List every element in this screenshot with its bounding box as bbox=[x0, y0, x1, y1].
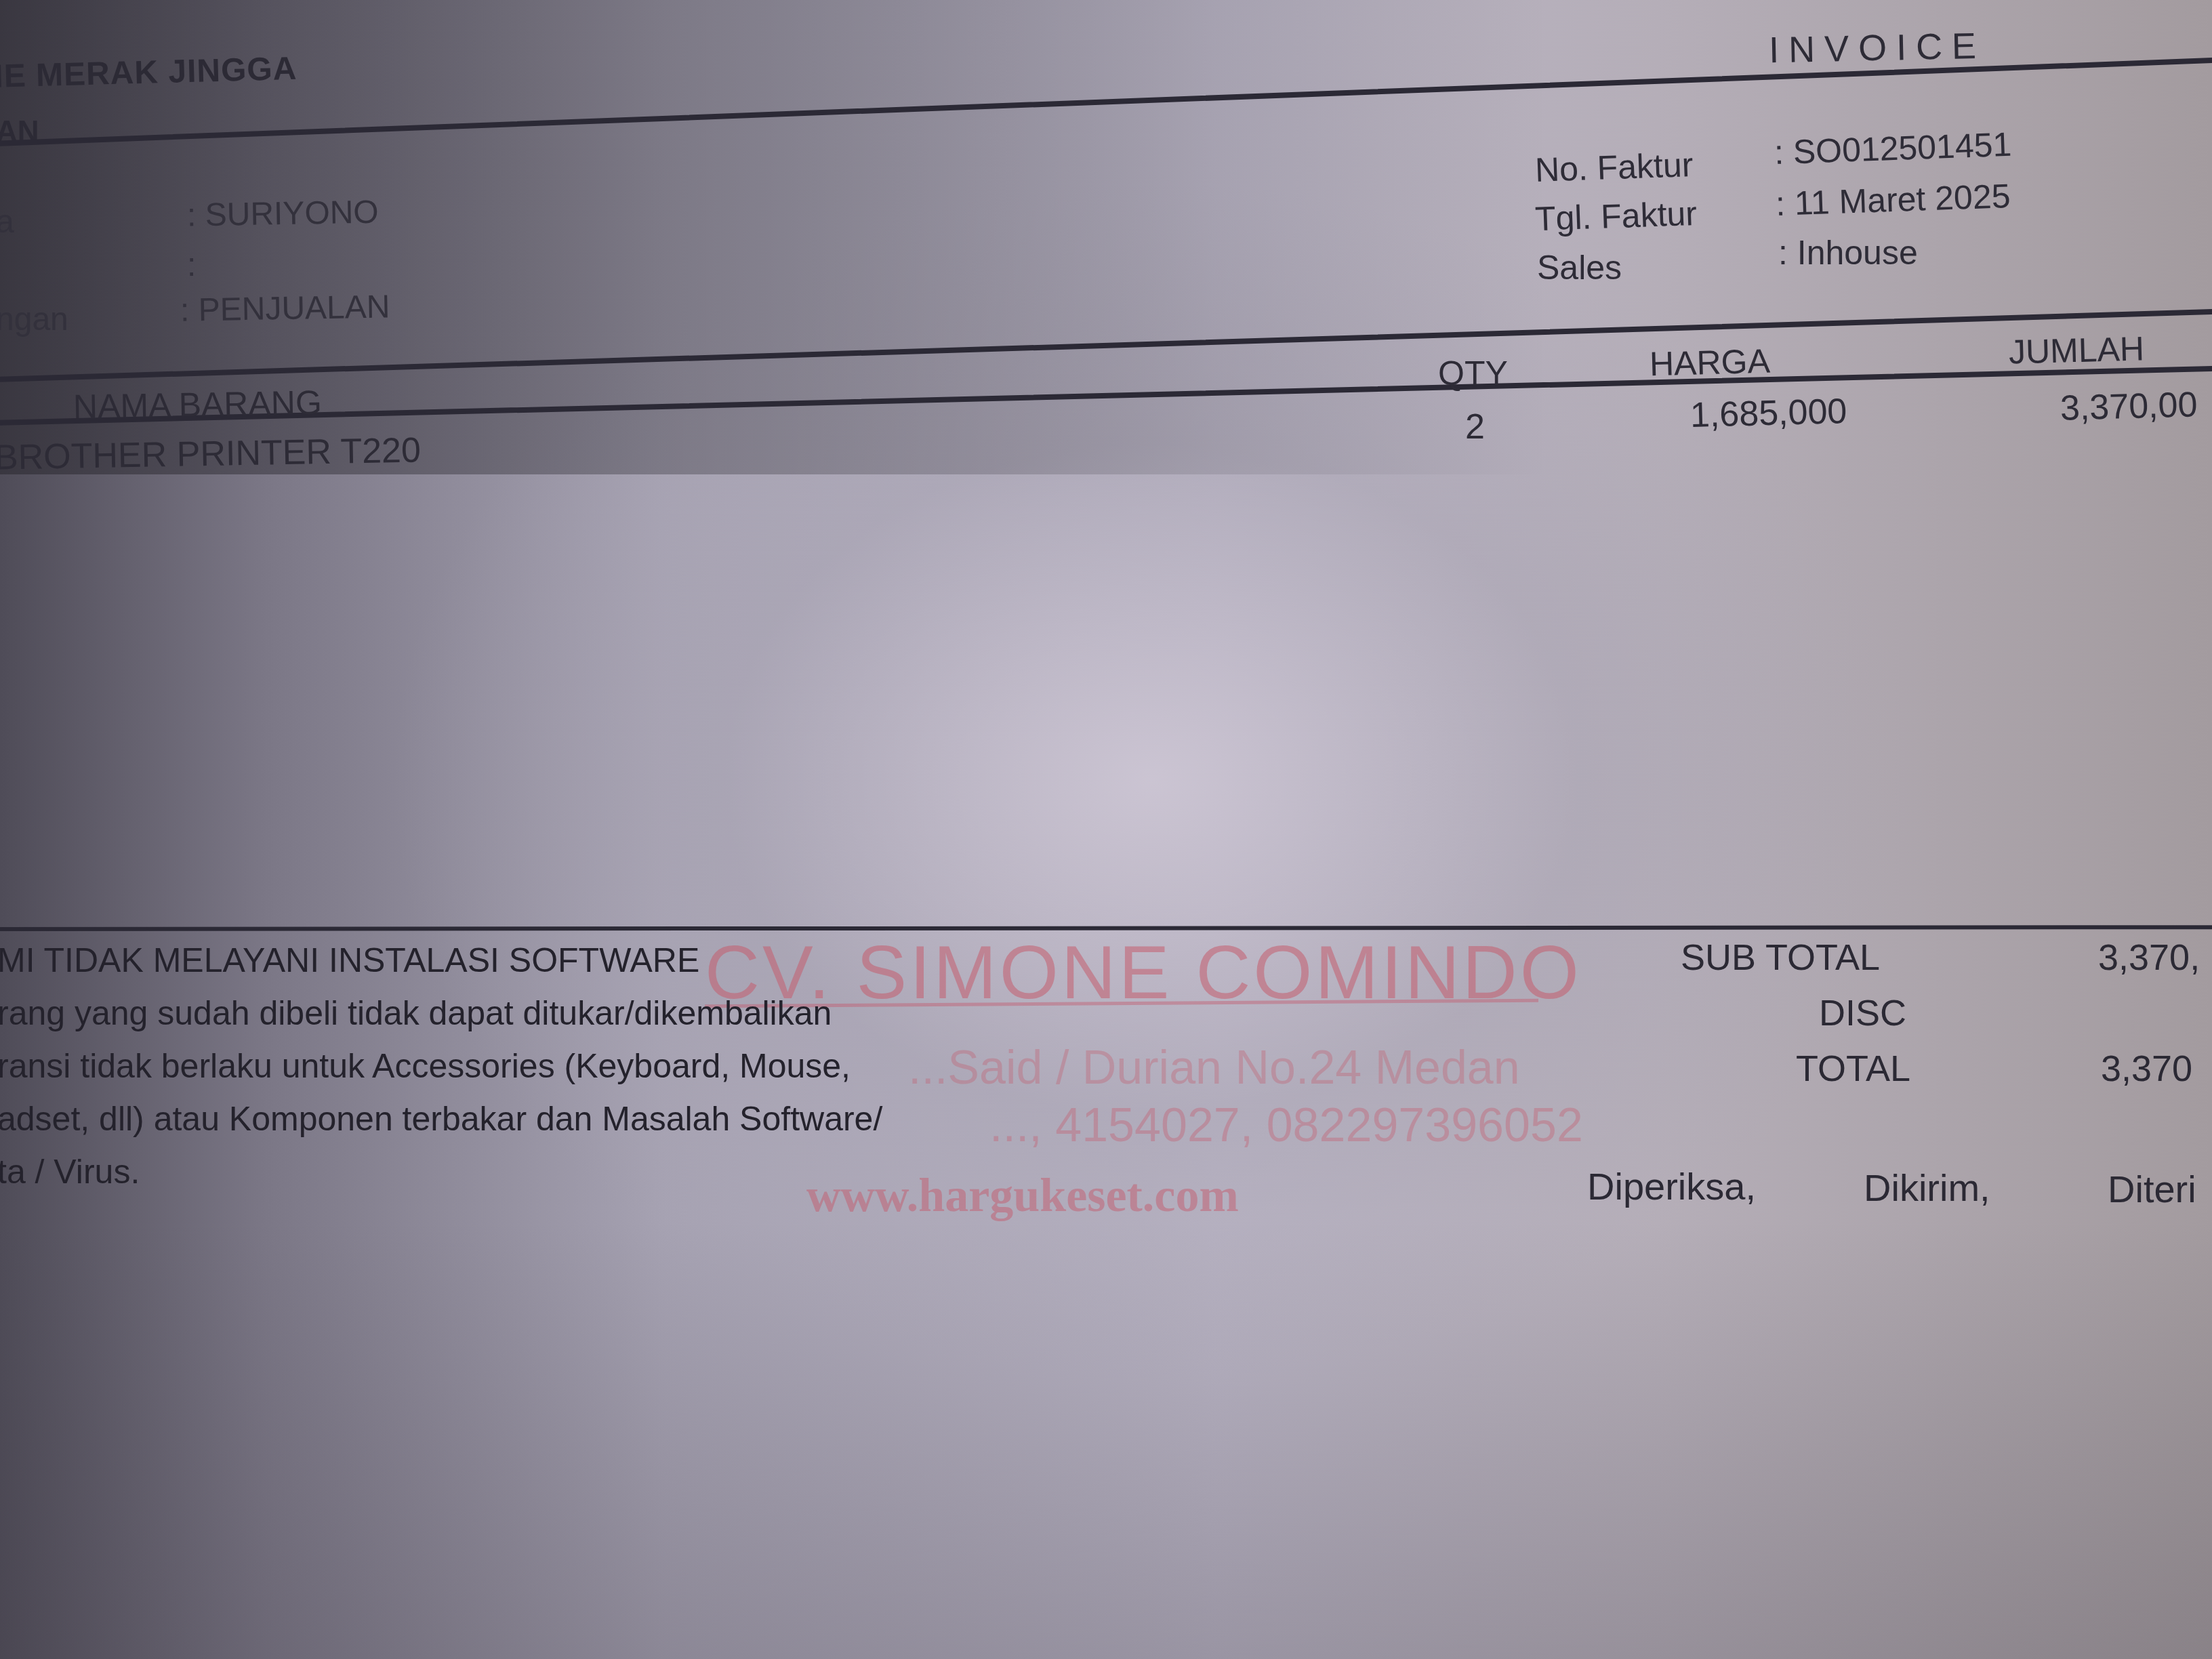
invoice-paper: NE MERAK JINGGA AN INVOICE a : SURIYONO … bbox=[0, 0, 2212, 1659]
tgl-faktur-value: : 11 Maret 2025 bbox=[1775, 176, 2011, 224]
stamp-address: ...Said / Durian No.24 Medan bbox=[908, 1040, 1520, 1094]
customer-label-3: ngan bbox=[0, 301, 68, 338]
stamp-phone: ..., 4154027, 082297396052 bbox=[989, 1098, 1583, 1152]
customer-keterangan: : PENJUALAN bbox=[180, 288, 390, 329]
subtotal-value: 3,370, bbox=[2098, 937, 2200, 979]
cell-qty: 2 bbox=[1465, 407, 1485, 447]
customer-name: : SURIYONO bbox=[187, 194, 380, 234]
total-label: TOTAL bbox=[1796, 1048, 1910, 1090]
column-header-harga: HARGA bbox=[1649, 342, 1770, 384]
customer-label-1: a bbox=[0, 203, 14, 241]
column-header-jumlah: JUMLAH bbox=[2008, 329, 2144, 371]
note-line-1: MI TIDAK MELAYANI INSTALASI SOFTWARE bbox=[0, 941, 699, 980]
note-line-4: adset, dll) atau Komponen terbakar dan M… bbox=[0, 1099, 882, 1139]
no-faktur-label: No. Faktur bbox=[1534, 145, 1694, 190]
note-line-2: rang yang sudah dibeli tidak dapat dituk… bbox=[0, 994, 832, 1033]
signature-dikirim: Dikirim, bbox=[1864, 1166, 1990, 1210]
signature-diterima: Diteri bbox=[2108, 1167, 2196, 1211]
table-header-bottom-rule bbox=[0, 365, 2212, 426]
disc-label: DISC bbox=[1819, 992, 1906, 1034]
note-line-5: ta / Virus. bbox=[0, 1152, 140, 1191]
signature-diperiksa: Diperiksa, bbox=[1587, 1164, 1756, 1208]
total-value: 3,370 bbox=[2101, 1048, 2192, 1090]
customer-field-2: : bbox=[187, 247, 196, 284]
column-header-nama-barang: NAMA BARANG bbox=[73, 383, 323, 426]
tgl-faktur-label: Tgl. Faktur bbox=[1534, 194, 1698, 239]
cell-jumlah: 3,370,00 bbox=[2060, 384, 2198, 428]
cell-harga: 1,685,000 bbox=[1689, 391, 1847, 436]
no-faktur-value: : SO012501451 bbox=[1774, 125, 2012, 172]
cell-nama-barang: BROTHER PRINTER T220 bbox=[0, 430, 421, 478]
company-name: NE MERAK JINGGA bbox=[0, 50, 298, 96]
document-title: INVOICE bbox=[1768, 25, 1986, 72]
note-line-3: ransi tidak berlaku untuk Accessories (K… bbox=[0, 1046, 851, 1086]
sales-label: Sales bbox=[1537, 248, 1622, 287]
subtotal-label: SUB TOTAL bbox=[1681, 937, 1880, 979]
stamp-website: www.hargukeset.com bbox=[806, 1169, 1239, 1223]
sales-value: : Inhouse bbox=[1778, 233, 1918, 272]
column-header-qty: QTY bbox=[1438, 354, 1508, 393]
